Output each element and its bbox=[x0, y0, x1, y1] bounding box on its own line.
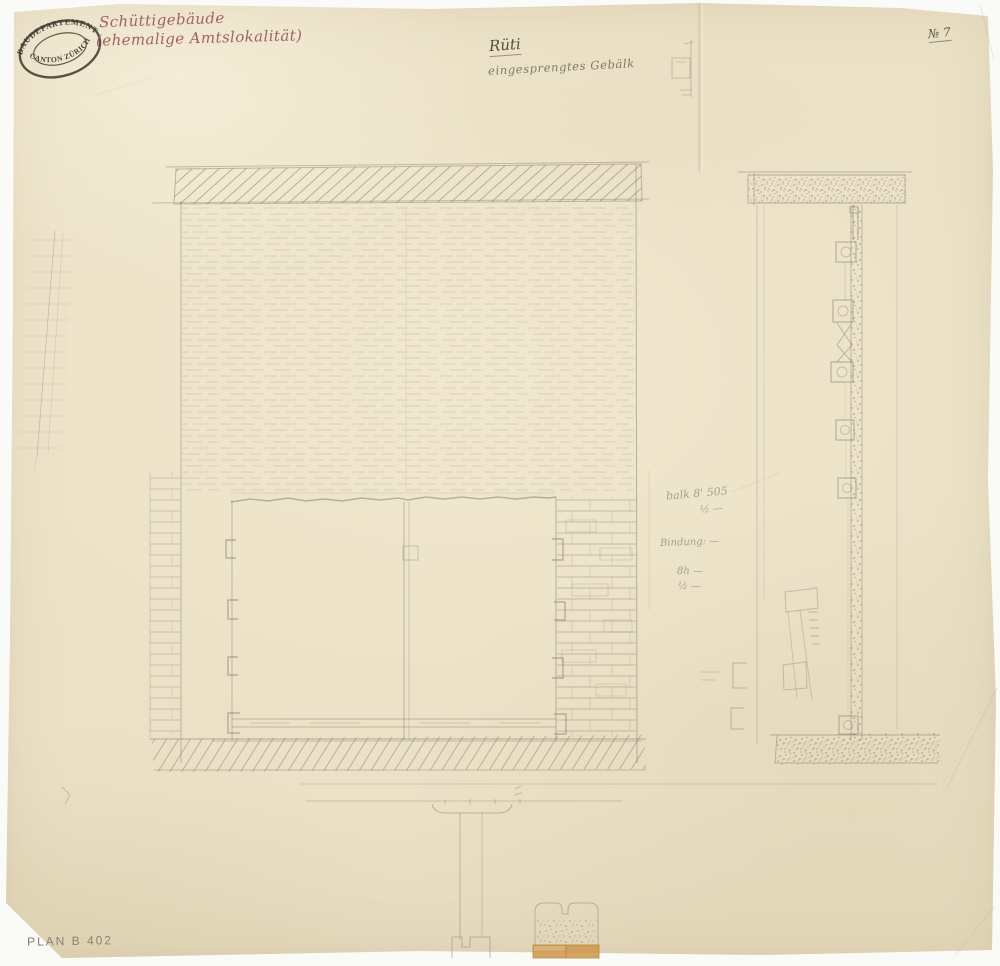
left-scale-sketch bbox=[18, 231, 74, 470]
section-detail-drawing bbox=[700, 172, 942, 765]
pencil-note-4: 8h — bbox=[677, 566, 703, 577]
plan-title: Rüti bbox=[488, 35, 521, 57]
highlight-base-block bbox=[533, 945, 599, 958]
small-top-sketch bbox=[672, 40, 694, 97]
pencil-drawing-layer bbox=[0, 0, 1000, 966]
sheet-number: № 7 bbox=[927, 25, 951, 43]
pencil-note-2: ½ — bbox=[700, 503, 723, 515]
archive-number: PLAN B 402 bbox=[27, 933, 113, 948]
main-elevation-drawing bbox=[62, 162, 938, 804]
bottom-post-sketch bbox=[432, 786, 598, 958]
pencil-note-3: Bindung: — bbox=[660, 536, 720, 549]
pencil-note-5: ½ — bbox=[678, 581, 701, 592]
scanned-plan-page: BAUDEPARTEMENT · CANTON ZÜRICH · Schütti… bbox=[0, 0, 1000, 966]
